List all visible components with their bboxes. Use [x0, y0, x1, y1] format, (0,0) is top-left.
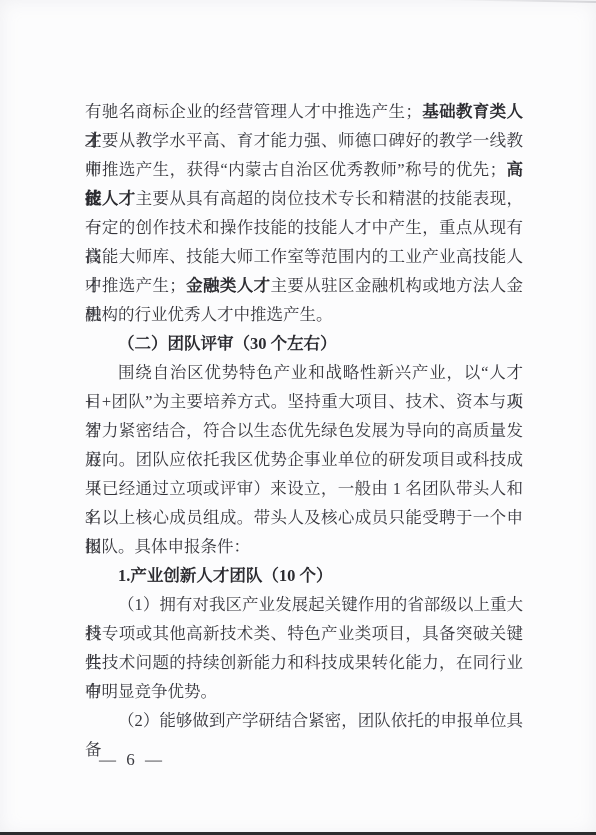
section-heading: （二）团队评审（30 个左右） [85, 329, 523, 358]
page-number: — 6 — [99, 750, 165, 770]
scan-artifact-streak [436, 0, 596, 3]
text-line: 机构的行业优秀人才中推选产生。 [85, 300, 523, 329]
section-heading: 1.产业创新人才团队（10 个） [85, 561, 523, 590]
text-line: 能人才主要从具有高超的岗位技术专长和精湛的技能表现，有 [85, 184, 523, 213]
emphasis-text: 能人才 [85, 189, 136, 208]
text-line: 中推选产生，获得“内蒙古自治区优秀教师”称号的优先；高技 [85, 155, 523, 184]
text-line: 目+团队”为主要培养方式。坚持重大项目、技术、资本与人才 [85, 387, 523, 416]
body-text: 中推选产生； [85, 276, 186, 295]
text-line: 方向。团队应依托我区优势企事业单位的研发项目或科技成果 [85, 445, 523, 474]
text-line: 团队。具体申报条件： [85, 532, 523, 561]
text-line: 有驰名商标企业的经营管理人才中推选产生；基础教育类人才 [85, 97, 523, 126]
text-line: 有明显竞争优势。 [85, 677, 523, 706]
text-line: 智力紧密结合，符合以生态优先绿色发展为导向的高质量发展 [85, 416, 523, 445]
text-line: 性技术问题的持续创新能力和科技成果转化能力，在同行业中 [85, 648, 523, 677]
text-line: 围绕自治区优势特色产业和战略性新兴产业，以“人才+项 [85, 358, 523, 387]
text-line: 技能大师库、技能大师工作室等范围内的工业产业高技能人才 [85, 242, 523, 271]
body-text: 有明显竞争优势。 [85, 682, 217, 701]
text-line: 技专项或其他高新技术类、特色产业类项目，具备突破关键共 [85, 619, 523, 648]
emphasis-text: 1.产业创新人才团队（10 个） [118, 566, 333, 585]
emphasis-text: （二）团队评审（30 个左右） [118, 334, 337, 353]
document-body: 有驰名商标企业的经营管理人才中推选产生；基础教育类人才主要从教学水平高、育才能力… [85, 97, 523, 735]
document-page: 有驰名商标企业的经营管理人才中推选产生；基础教育类人才主要从教学水平高、育才能力… [0, 0, 596, 835]
body-text: 有驰名商标企业的经营管理人才中推选产生； [85, 102, 422, 121]
text-line: （1）拥有对我区产业发展起关键作用的省部级以上重大科 [85, 590, 523, 619]
body-text: 机构的行业优秀人才中推选产生。 [85, 305, 333, 324]
body-text: 中推选产生，获得“内蒙古自治区优秀教师”称号的优先； [85, 160, 506, 179]
text-line: 名以上核心成员组成。带头人及核心成员只能受聘于一个申报 [85, 503, 523, 532]
text-line: 主要从教学水平高、育才能力强、师德口碑好的教学一线教师 [85, 126, 523, 155]
body-text: 团队。具体申报条件： [85, 537, 250, 556]
text-line: （2）能够做到产学研结合紧密，团队依托的申报单位具备 [85, 706, 523, 735]
text-line: （已经通过立项或评审）来设立，一般由 1 名团队带头人和 3 [85, 474, 523, 503]
text-line: 一定的创作技术和操作技能的技能人才中产生，重点从现有高 [85, 213, 523, 242]
emphasis-text: 金融类人才 [186, 276, 271, 295]
text-line: 中推选产生；金融类人才主要从驻区金融机构或地方法人金融 [85, 271, 523, 300]
